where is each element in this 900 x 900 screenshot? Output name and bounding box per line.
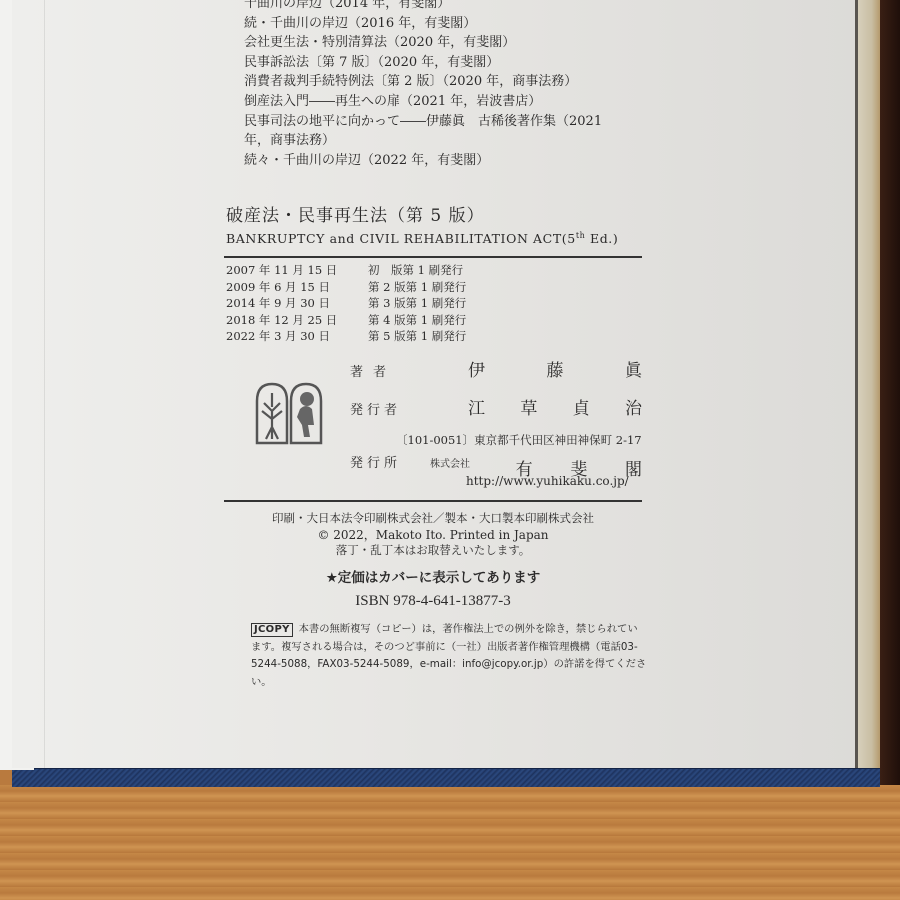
history-edition: 初 版第 1 刷発行: [368, 262, 463, 279]
edition-suffix: Ed.): [585, 231, 618, 246]
history-row: 2007 年 11 月 15 日 初 版第 1 刷発行: [226, 262, 466, 279]
jcopy-badge: JCOPY: [251, 623, 293, 637]
work-item: 会社更生法・特別清算法（2020 年，有斐閣）: [244, 33, 602, 53]
cloth-binding-edge: [12, 768, 880, 787]
history-edition: 第 3 版第 1 刷発行: [368, 295, 466, 312]
publication-history: 2007 年 11 月 15 日 初 版第 1 刷発行 2009 年 6 月 1…: [226, 262, 466, 345]
company-prefix: 株式会社: [430, 455, 470, 480]
history-row: 2014 年 9 月 30 日 第 3 版第 1 刷発行: [226, 295, 466, 312]
work-item: 消費者裁判手続特例法〔第 2 版〕（2020 年，商事法務）: [244, 72, 602, 92]
history-edition: 第 4 版第 1 刷発行: [368, 312, 466, 329]
history-edition: 第 5 版第 1 刷発行: [368, 328, 466, 345]
edition-sup: th: [576, 231, 586, 240]
replacement-note: 落丁・乱丁本はお取替えいたします。: [224, 542, 642, 558]
history-date: 2014 年 9 月 30 日: [226, 295, 368, 312]
history-date: 2007 年 11 月 15 日: [226, 262, 368, 279]
author-label: 著者: [350, 361, 430, 380]
publisher-address: 〔101-0051〕東京都千代田区神田神保町 2-17: [396, 432, 642, 448]
publisher-logo-icon: [254, 381, 324, 445]
author-name: 伊 藤 眞: [430, 356, 642, 381]
isbn: ISBN 978-4-641-13877-3: [224, 593, 642, 610]
jcopy-notice: JCOPY本書の無断複写（コピー）は，著作権法上での例外を除き，禁じられてい ま…: [251, 621, 651, 691]
history-date: 2009 年 6 月 15 日: [226, 279, 368, 296]
price-note: ★定価はカバーに表示してあります: [224, 566, 642, 586]
book-title-en: BANKRUPTCY and CIVIL REHABILITATION ACT(…: [226, 231, 618, 246]
name-char: 治: [625, 394, 642, 419]
page-fold-line: [44, 0, 45, 768]
wooden-table: [0, 785, 900, 900]
work-item: 年，商事法務）: [244, 131, 602, 151]
publisher-person-label: 発行者: [350, 399, 430, 418]
publisher-person-row: 発行者 江 草 貞 治: [350, 394, 642, 419]
copyright-line: © 2022，Makoto Ito. Printed in Japan: [224, 526, 642, 543]
book-title-ja: 破産法・民事再生法（第 5 版）: [226, 201, 485, 226]
colophon-divider: [224, 500, 642, 502]
background-shadow: [878, 0, 900, 785]
jcopy-text: 本書の無断複写（コピー）は，著作権法上での例外を除き，禁じられてい: [299, 623, 638, 635]
work-item: 倒産法入門――再生への扉（2021 年，岩波書店）: [244, 92, 602, 112]
publisher-person-name: 江 草 貞 治: [430, 394, 642, 419]
title-en-text: BANKRUPTCY and CIVIL REHABILITATION ACT: [226, 231, 562, 246]
name-char: 貞: [573, 394, 590, 419]
work-item: 千曲川の岸辺（2014 年，有斐閣）: [244, 0, 602, 14]
jcopy-line: ます。複写される場合は，そのつど事前に（一社）出版者著作権管理機構（電話03-: [251, 639, 651, 657]
history-date: 2022 年 3 月 30 日: [226, 328, 368, 345]
history-edition: 第 2 版第 1 刷発行: [368, 279, 466, 296]
edition-prefix: (5: [562, 231, 576, 246]
jcopy-line: JCOPY本書の無断複写（コピー）は，著作権法上での例外を除き，禁じられてい: [251, 621, 651, 639]
previous-works-list: 千曲川の岸辺（2014 年，有斐閣） 続・千曲川の岸辺（2016 年，有斐閣） …: [244, 0, 602, 170]
publisher-url: http://www.yuhikaku.co.jp/: [466, 474, 629, 488]
history-row: 2022 年 3 月 30 日 第 5 版第 1 刷発行: [226, 328, 466, 345]
name-char: 藤: [547, 356, 564, 381]
history-row: 2009 年 6 月 15 日 第 2 版第 1 刷発行: [226, 279, 466, 296]
work-item: 続々・千曲川の岸辺（2022 年，有斐閣）: [244, 151, 602, 171]
work-item: 続・千曲川の岸辺（2016 年，有斐閣）: [244, 14, 602, 34]
printer-info: 印刷・大日本法令印刷株式会社／製本・大口製本印刷株式会社: [224, 510, 642, 526]
name-char: 草: [520, 394, 537, 419]
jcopy-line: 5244-5088，FAX03-5244-5089，e-mail：info@jc…: [251, 656, 651, 691]
history-date: 2018 年 12 月 25 日: [226, 312, 368, 329]
name-char: 眞: [625, 356, 642, 381]
history-row: 2018 年 12 月 25 日 第 4 版第 1 刷発行: [226, 312, 466, 329]
name-char: 江: [468, 394, 485, 419]
name-char: 伊: [468, 356, 485, 381]
title-divider: [224, 256, 642, 258]
publishing-house-label: 発行所: [350, 452, 430, 471]
author-row: 著者 伊 藤 眞: [350, 356, 642, 381]
work-item: 民事訴訟法〔第 7 版〕（2020 年，有斐閣）: [244, 53, 602, 73]
work-item: 民事司法の地平に向かって――伊藤眞 古稀後著作集（2021: [244, 112, 602, 132]
